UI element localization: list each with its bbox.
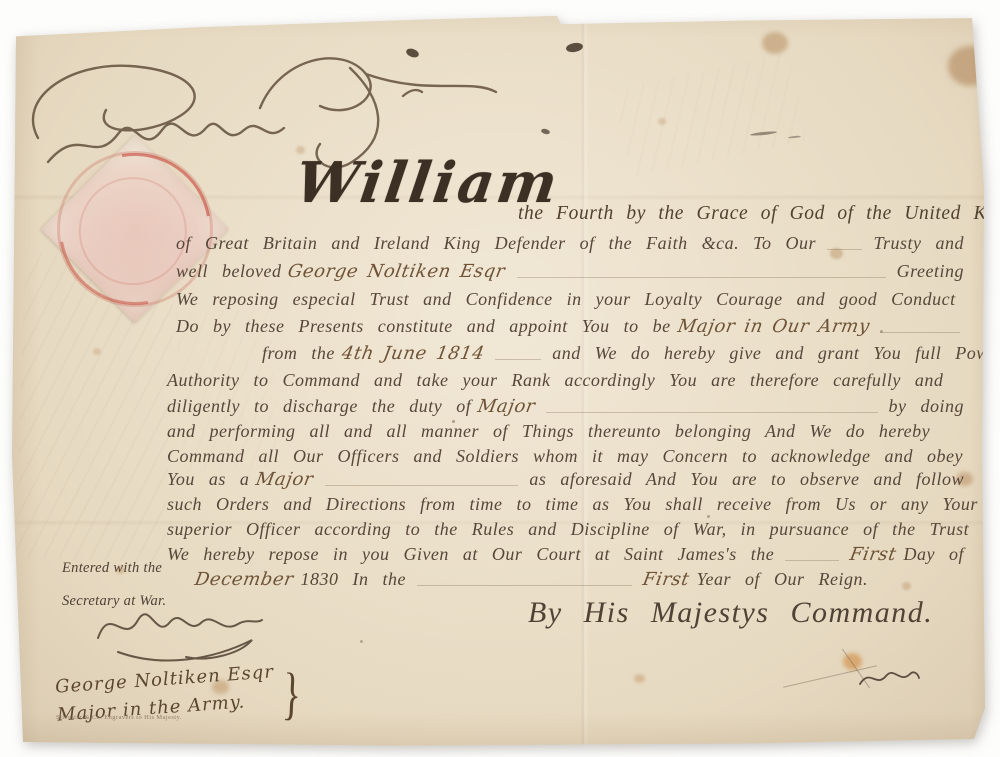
stain [902,582,911,590]
blank-line [880,332,960,333]
ink-dash [750,131,777,137]
body-line: well beloved George Noltiken Esqr Greeti… [176,261,964,282]
body-line: superior Officer according to the Rules … [167,519,969,540]
engraved-text: and We do hereby give and grant You full… [552,343,1000,364]
engraved-text: We reposing especial Trust and Confidenc… [176,289,956,310]
stain [658,118,666,125]
engraved-text: Trusty and [873,233,964,254]
docket-brace: } [281,659,302,728]
handwritten-rank: Major [476,396,537,417]
body-line: of Great Britain and Ireland King Defend… [176,233,964,254]
engraved-text: Do by these Presents constitute and appo… [176,316,671,337]
handwritten-name: George Noltiken Esqr [287,261,508,282]
engraved-text: 1830 In the [300,569,405,590]
blank-line [827,249,862,250]
blank-line [546,412,877,413]
body-line: You as a Major as aforesaid And You are … [167,469,964,490]
body-line: and performing all and all manner of Thi… [167,421,930,442]
engraved-text: well beloved [176,261,281,282]
engraved-text: of Great Britain and Ireland King Defend… [176,233,816,254]
stain [93,348,101,355]
body-line: diligently to discharge the duty of Majo… [167,396,964,417]
blank-line [495,359,541,360]
fleck [360,640,363,643]
stain [762,32,788,54]
ink-dash [788,135,801,138]
engraved-text: as aforesaid And You are to observe and … [529,469,964,490]
blank-line [785,560,839,561]
engraver-imprint: Silvester & Co. Engravers to His Majesty… [56,714,182,721]
blank-line [417,585,632,586]
body-line: Authority to Command and take your Rank … [167,370,943,391]
countersignature [856,660,922,698]
engraved-text: such Orders and Directions from time to … [167,494,978,515]
engraved-text: Year of Our Reign. [697,569,868,590]
engraved-text: superior Officer according to the Rules … [167,519,969,540]
ink-blot [541,128,551,135]
body-line: Command all Our Officers and Soldiers wh… [167,446,963,467]
stain [843,653,862,670]
engraved-text: Authority to Command and take your Rank … [167,370,943,391]
body-line: such Orders and Directions from time to … [167,494,978,515]
parchment-sheet: William the Fourth by the Grace of God o… [0,0,1000,757]
fleck [707,515,710,518]
body-line: from the 4th June 1814 and We do hereby … [262,343,964,364]
handwritten-rank: Major [255,469,316,490]
body-line: Do by these Presents constitute and appo… [176,316,964,337]
blank-line [325,485,519,486]
pencil-mark [783,665,877,688]
engraved-text: Greeting [897,261,964,282]
ink-blot [405,47,420,59]
handwritten-ordinal: First [641,569,691,590]
blank-line [517,277,886,278]
war-office-entry-note: Entered with the Secretary at War. [62,552,166,619]
engraved-text: Command all Our Officers and Soldiers wh… [167,446,963,467]
engraved-text: diligently to discharge the duty of [167,396,471,417]
engraved-text: from the [262,343,335,364]
entry-note-line1: Entered with the [62,552,166,585]
engraved-text: You as a [167,469,249,490]
handwritten-rank: Major in Our Army [676,316,871,337]
body-line: We reposing especial Trust and Confidenc… [176,289,956,310]
royal-style-text: the Fourth by the Grace of God of the Un… [518,203,1000,225]
engraved-text: by doing [889,396,965,417]
royal-style-line: the Fourth by the Grace of God of the Un… [518,203,1000,225]
scanned-commission-document: William the Fourth by the Grace of God o… [0,0,1000,757]
ink-blot [565,42,583,54]
pencil-mark [842,649,870,689]
handwritten-date: 4th June 1814 [340,343,486,364]
handwritten-month: December [193,569,295,590]
engraved-text: and performing all and all manner of Thi… [167,421,930,442]
body-line: We hereby repose in you Given at Our Cou… [167,544,964,565]
stain [948,46,992,86]
by-command-line: By His Majestys Command. [528,596,933,630]
stain [634,674,645,683]
engraved-text: Day of [904,544,965,565]
body-line: December 1830 In the First Year of Our R… [195,569,868,590]
handwritten-ordinal: First [848,544,898,565]
parchment-background: William the Fourth by the Grace of God o… [0,0,1000,757]
engraved-text: We hereby repose in you Given at Our Cou… [167,544,774,565]
entry-note-line2: Secretary at War. [62,585,166,618]
show-through-text-patch [613,52,808,177]
